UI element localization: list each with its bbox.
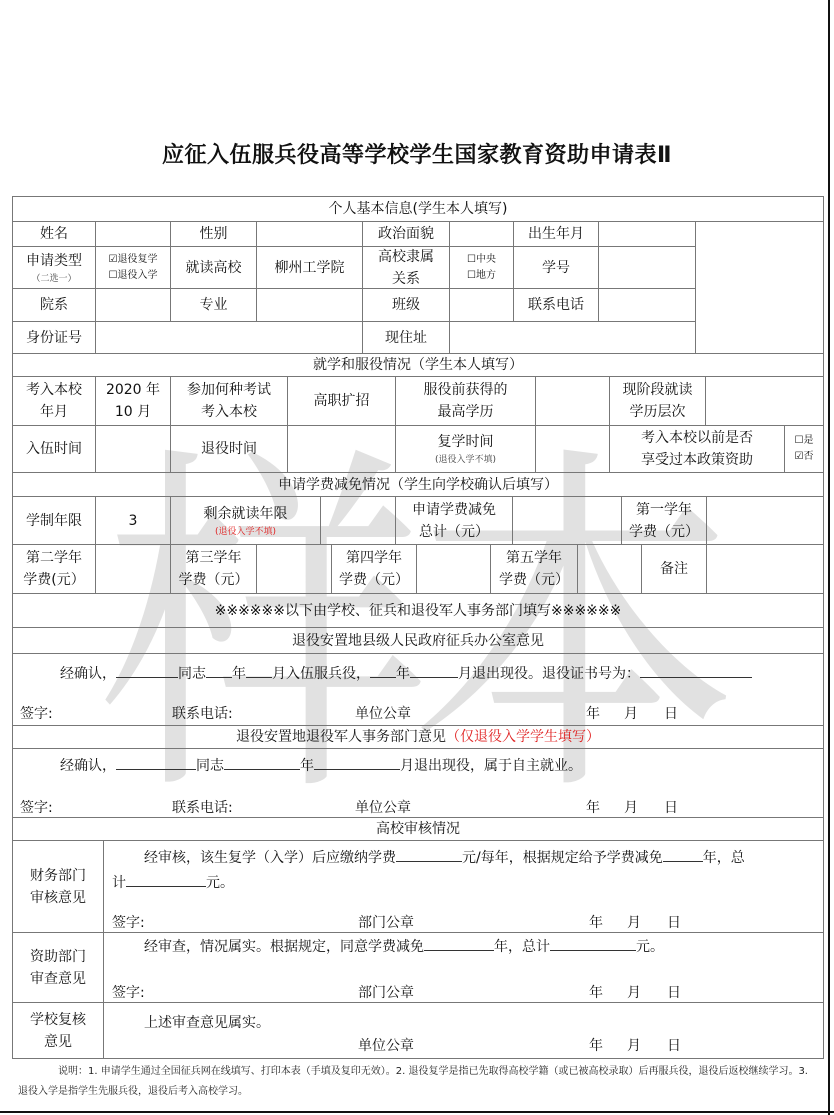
finance-review-label: 财务部门审核意见 — [12, 840, 104, 933]
label-line: 考入本校 — [26, 379, 82, 401]
enroll-date-field[interactable]: 2020 年10 月 — [95, 376, 171, 426]
date-year-label: 年 — [589, 982, 603, 1002]
discharge-time-label: 退役时间 — [170, 425, 288, 473]
label-line: 第一学年 — [636, 499, 692, 521]
year4-tuition-field[interactable] — [416, 544, 491, 594]
discharge-year-blank[interactable] — [224, 756, 300, 770]
signature-label: 签字: — [20, 703, 53, 723]
enlist-month-blank[interactable] — [246, 664, 272, 678]
enlist-time-label: 入伍时间 — [12, 425, 96, 473]
checkbox-unchecked-icon[interactable]: ☐ — [467, 270, 476, 281]
signature-label: 签字: — [20, 797, 53, 817]
remaining-years-field[interactable] — [320, 496, 396, 545]
dept-field[interactable] — [95, 288, 171, 322]
text-part: 元。 — [636, 939, 664, 955]
text-part: 年，总 — [703, 850, 745, 866]
enlist-year-blank[interactable] — [206, 664, 232, 678]
label-line: 学历层次 — [630, 401, 686, 423]
option-label: 中央 — [476, 254, 496, 265]
date-day-label: 日 — [664, 797, 678, 817]
date-year-label: 年 — [589, 1035, 603, 1055]
apply-type-title: 申请类型 — [26, 250, 82, 272]
label-line: 意见 — [44, 1031, 72, 1053]
text-part: 元/每年，根据规定给予学费减免 — [462, 850, 663, 866]
option-resume-study[interactable]: ☑退役复学 — [109, 252, 158, 268]
label-line: 考入本校以前是否 — [641, 427, 753, 449]
option-label: 是 — [803, 435, 813, 446]
system-years-field[interactable]: 3 — [95, 496, 171, 545]
value-line: 10 月 — [115, 401, 151, 423]
date-year-label: 年 — [586, 797, 600, 817]
date-day-label: 日 — [664, 703, 678, 723]
class-field[interactable] — [449, 288, 514, 322]
birth-label: 出生年月 — [513, 221, 599, 247]
discharge-year-blank[interactable] — [370, 664, 396, 678]
contact-phone-label: 联系电话: — [172, 797, 233, 817]
section-header-school-review: 高校审核情况 — [12, 817, 824, 841]
option-no[interactable]: ☑否 — [795, 449, 814, 465]
affiliation-label: 高校隶属 关系 — [362, 246, 450, 289]
section-header-personal: 个人基本信息(学生本人填写) — [12, 196, 824, 222]
signature-label: 签字: — [112, 912, 145, 932]
contact-phone-label: 联系电话: — [172, 703, 233, 723]
reduction-total-blank[interactable] — [550, 937, 636, 951]
text-part: 年 — [232, 666, 246, 682]
text-part: 月退出现役，属于自主就业。 — [400, 758, 582, 774]
label-line: 学校复核 — [30, 1009, 86, 1031]
checkbox-unchecked-icon[interactable]: ☐ — [467, 254, 476, 265]
label-line: 财务部门 — [30, 865, 86, 887]
year4-tuition-label: 第四学年学费（元） — [331, 544, 417, 594]
address-label: 现住址 — [362, 321, 450, 354]
gender-label: 性别 — [170, 221, 257, 247]
label-line: 复学时间 — [438, 431, 494, 453]
header-note: （仅退役入学学生填写） — [446, 726, 600, 748]
reduction-years-blank[interactable] — [663, 848, 703, 862]
option-label: 地方 — [476, 270, 496, 281]
option-local[interactable]: ☐地方 — [467, 268, 496, 284]
finance-statement-line2: 计元。 — [112, 872, 234, 892]
unit-seal-label: 单位公章 — [355, 797, 411, 817]
current-level-label: 现阶段就读学历层次 — [609, 376, 706, 426]
annual-tuition-blank[interactable] — [396, 848, 462, 862]
label-line: 总计（元） — [419, 521, 489, 543]
prior-aid-options: ☐是 ☑否 — [784, 425, 824, 473]
text-part: 经确认， — [60, 758, 116, 774]
apply-type-options: ☑退役复学 ☐退役入学 — [95, 246, 171, 289]
label-line: 剩余就读年限 — [204, 503, 288, 525]
unit-seal-label: 单位公章 — [358, 1035, 414, 1055]
system-years-label: 学制年限 — [12, 496, 96, 545]
date-day-label: 日 — [667, 1035, 681, 1055]
remark-field[interactable] — [706, 544, 824, 594]
total-reduction-field[interactable] — [512, 496, 622, 545]
year2-tuition-field[interactable] — [95, 544, 171, 594]
student-id-field[interactable] — [598, 246, 696, 289]
unit-seal-label: 单位公章 — [355, 703, 411, 723]
student-id-label: 学号 — [513, 246, 599, 289]
political-label: 政治面貌 — [362, 221, 450, 247]
year3-tuition-field[interactable] — [256, 544, 332, 594]
section-header-tuition: 申请学费减免情况（学生向学校确认后填写） — [12, 472, 824, 497]
option-central[interactable]: ☐中央 — [467, 252, 496, 268]
affiliation-options: ☐中央 ☐地方 — [449, 246, 514, 289]
label-line: 第四学年 — [346, 547, 402, 569]
address-field[interactable] — [449, 321, 696, 354]
date-day-label: 日 — [667, 912, 681, 932]
label-line: 现阶段就读 — [623, 379, 693, 401]
finance-statement-line1: 经审核，该生复学（入学）后应缴纳学费元/每年，根据规定给予学费减免年，总 — [144, 847, 745, 867]
date-year-label: 年 — [589, 912, 603, 932]
value-line: 2020 年 — [106, 379, 160, 401]
text-part: 年 — [300, 758, 314, 774]
date-month-label: 月 — [627, 912, 641, 932]
remark-label: 备注 — [641, 544, 707, 594]
option-label: 否 — [803, 451, 813, 462]
label-line: 享受过本政策资助 — [641, 449, 753, 471]
label-line: 最高学历 — [438, 401, 494, 423]
recruit-office-statement: 经确认，同志年月入伍服兵役，年月退出现役。退役证书号为： — [60, 663, 752, 683]
enroll-date-label: 考入本校年月 — [12, 376, 96, 426]
discharge-month-blank[interactable] — [410, 664, 458, 678]
apply-type-label: 申请类型 （二选一） — [12, 246, 96, 289]
school-recheck-label: 学校复核意见 — [12, 1002, 104, 1059]
footnote-instructions: 说明：1. 申请学生通过全国征兵网在线填写、打印本表（手填及复印无效）。2. 退… — [18, 1062, 818, 1102]
affiliation-label-line1: 高校隶属 — [378, 246, 434, 268]
political-field[interactable] — [449, 221, 514, 247]
label-line: 学费（元） — [499, 569, 569, 591]
section-header-study: 就学和服役情况（学生本人填写） — [12, 353, 824, 377]
text-part: 经审核，该生复学（入学）后应缴纳学费 — [144, 850, 396, 866]
header-text: 退役安置地退役军人事务部门意见 — [236, 726, 446, 748]
aid-statement: 经审查，情况属实。根据规定，同意学费减免年，总计元。 — [144, 936, 664, 956]
id-number-field[interactable] — [95, 321, 363, 354]
edu-before-field[interactable] — [535, 376, 610, 426]
total-reduction-label: 申请学费减免总计（元） — [395, 496, 513, 545]
year5-tuition-field[interactable] — [577, 544, 642, 594]
year2-tuition-label: 第二学年学费(元） — [12, 544, 96, 594]
label-line: 学费（元） — [179, 569, 249, 591]
section-header-veterans: 退役安置地退役军人事务部门意见（仅退役入学学生填写） — [12, 725, 824, 749]
school-field[interactable]: 柳州工学院 — [256, 246, 363, 289]
edu-before-label: 服役前获得的最高学历 — [395, 376, 536, 426]
aid-review-label: 资助部门审查意见 — [12, 932, 104, 1003]
dept-seal-label: 部门公章 — [358, 982, 414, 1002]
affiliation-label-line2: 关系 — [392, 268, 420, 290]
id-number-label: 身份证号 — [12, 321, 96, 354]
text-part: 年，总计 — [494, 939, 550, 955]
label-line: 学费(元） — [23, 569, 84, 591]
text-part: 同志 — [196, 758, 224, 774]
text-part: 月入伍服兵役， — [272, 666, 370, 682]
gender-field[interactable] — [256, 221, 363, 247]
reduction-years-blank[interactable] — [424, 937, 494, 951]
veterans-statement: 经确认，同志年月退出现役，属于自主就业。 — [60, 755, 582, 775]
label-line: 学费（元） — [629, 521, 699, 543]
name-blank[interactable] — [116, 756, 196, 770]
dept-label: 院系 — [12, 288, 96, 322]
label-line: 第二学年 — [26, 547, 82, 569]
label-note: (退役入学不填) — [435, 453, 496, 467]
dept-seal-label: 部门公章 — [358, 912, 414, 932]
class-label: 班级 — [362, 288, 450, 322]
recheck-statement: 上述审查意见属实。 — [144, 1012, 270, 1032]
page-bottom-edge — [0, 1111, 834, 1113]
resume-time-field[interactable] — [535, 425, 610, 473]
date-day-label: 日 — [667, 982, 681, 1002]
exam-type-label: 参加何种考试考入本校 — [170, 376, 288, 426]
label-line: 审查意见 — [30, 968, 86, 990]
major-field[interactable] — [256, 288, 363, 322]
text-part: 经确认， — [60, 666, 116, 682]
label-line: 审核意见 — [30, 887, 86, 909]
date-month-label: 月 — [624, 703, 638, 723]
date-month-label: 月 — [624, 797, 638, 817]
exam-type-field[interactable]: 高职扩招 — [287, 376, 396, 426]
certificate-number-blank[interactable] — [640, 664, 752, 678]
section-header-recruit-office: 退役安置地县级人民政府征兵办公室意见 — [12, 627, 824, 654]
apply-type-subtitle: （二选一） — [31, 272, 76, 286]
year5-tuition-label: 第五学年学费（元） — [490, 544, 578, 594]
text-part: 计 — [112, 875, 126, 891]
label-line: 参加何种考试 — [187, 379, 271, 401]
school-label: 就读高校 — [170, 246, 257, 289]
option-yes[interactable]: ☐是 — [795, 433, 814, 449]
resume-time-label: 复学时间(退役入学不填) — [395, 425, 536, 473]
label-line: 年月 — [40, 401, 68, 423]
major-label: 专业 — [170, 288, 257, 322]
enlist-time-field[interactable] — [95, 425, 171, 473]
reduction-total-blank[interactable] — [126, 873, 206, 887]
option-label: 退役复学 — [117, 254, 157, 265]
official-use-divider: ※※※※※※以下由学校、征兵和退役军人事务部门填写※※※※※※ — [12, 593, 824, 628]
current-level-field[interactable] — [705, 376, 824, 426]
phone-label: 联系电话 — [513, 288, 599, 322]
date-month-label: 月 — [627, 1035, 641, 1055]
text-part: 经审查，情况属实。根据规定，同意学费减免 — [144, 939, 424, 955]
year1-tuition-field[interactable] — [706, 496, 824, 545]
discharge-time-field[interactable] — [287, 425, 396, 473]
option-new-enroll[interactable]: ☐退役入学 — [109, 268, 158, 284]
text-part: 月退出现役。退役证书号为： — [458, 666, 640, 682]
date-month-label: 月 — [627, 982, 641, 1002]
discharge-month-blank[interactable] — [314, 756, 400, 770]
birth-field[interactable] — [598, 221, 696, 247]
label-line: 考入本校 — [201, 401, 257, 423]
year1-tuition-label: 第一学年学费（元） — [621, 496, 707, 545]
signature-label: 签字: — [112, 982, 145, 1002]
prior-aid-label: 考入本校以前是否享受过本政策资助 — [609, 425, 785, 473]
name-blank[interactable] — [116, 664, 178, 678]
label-line: 第三学年 — [186, 547, 242, 569]
text-part: 同志 — [178, 666, 206, 682]
phone-field[interactable] — [598, 288, 696, 322]
label-line: 第五学年 — [506, 547, 562, 569]
year3-tuition-label: 第三学年学费（元） — [170, 544, 257, 594]
label-line: 学费（元） — [339, 569, 409, 591]
remaining-years-label: 剩余就读年限(退役入学不填) — [170, 496, 321, 545]
label-line: 申请学费减免 — [412, 499, 496, 521]
label-line: 服役前获得的 — [424, 379, 508, 401]
photo-area — [695, 221, 824, 354]
label-line: 资助部门 — [30, 946, 86, 968]
name-label: 姓名 — [12, 221, 96, 247]
text-part: 元。 — [206, 875, 234, 891]
text-part: 年 — [396, 666, 410, 682]
date-year-label: 年 — [586, 703, 600, 723]
form-title: 应征入伍服兵役高等学校学生国家教育资助申请表Ⅱ — [0, 138, 834, 169]
label-note: (退役入学不填) — [215, 525, 276, 539]
name-field[interactable] — [95, 221, 171, 247]
option-label: 退役入学 — [117, 270, 157, 281]
